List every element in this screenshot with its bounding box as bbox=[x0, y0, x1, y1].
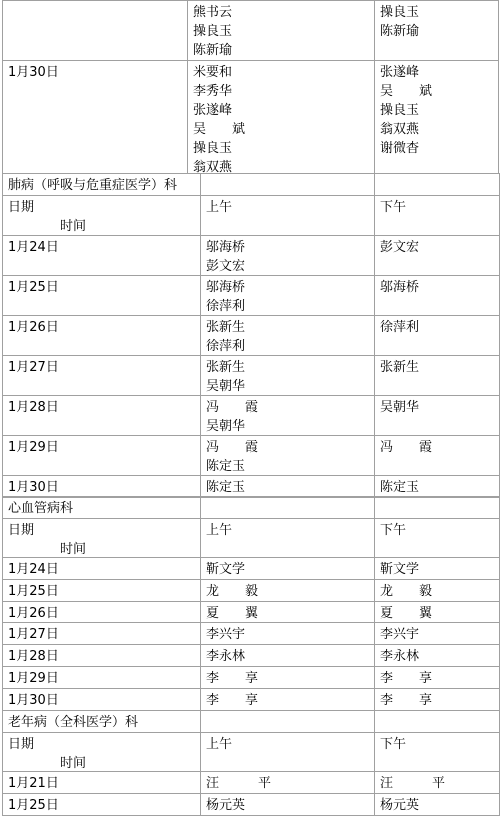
doctor-name: 彭文宏 bbox=[206, 257, 370, 276]
am-cell: 熊书云操良玉陈新瑜 bbox=[187, 0, 375, 61]
doctor-name: 李 享 bbox=[206, 691, 370, 710]
date-text: 1月28日 bbox=[8, 398, 196, 417]
pm-cell: 彭文宏 bbox=[374, 235, 500, 276]
doctor-name: 操良玉 bbox=[380, 101, 494, 120]
date-cell: 1月28日 bbox=[2, 395, 201, 436]
am-cell: 汪 平 bbox=[200, 771, 375, 794]
am-cell: 米要和李秀华张遂峰吴 斌操良玉翁双燕 bbox=[187, 60, 375, 174]
section-title-row: 心血管病科 bbox=[0, 496, 502, 519]
doctor-name: 汪 平 bbox=[380, 774, 495, 793]
date-text: 1月25日 bbox=[8, 582, 196, 601]
am-label: 上午 bbox=[206, 521, 370, 540]
doctor-name: 杨元英 bbox=[206, 796, 370, 815]
doctor-name: 冯 霞 bbox=[206, 438, 370, 457]
doctor-name: 张新生 bbox=[206, 358, 370, 377]
date-text: 1月30日 bbox=[8, 478, 196, 497]
doctor-name: 熊书云 bbox=[193, 3, 370, 22]
date-text: 1月26日 bbox=[8, 318, 196, 337]
date-cell: 1月30日 bbox=[2, 475, 201, 498]
pm-cell: 汪 平 bbox=[374, 771, 500, 794]
header-pm: 下午 bbox=[374, 195, 500, 236]
doctor-name: 冯 霞 bbox=[206, 398, 370, 417]
pm-cell: 李永林 bbox=[374, 644, 500, 667]
doctor-name: 徐萍利 bbox=[206, 337, 370, 356]
doctor-name: 陈定玉 bbox=[206, 478, 370, 497]
header-pm: 下午 bbox=[374, 732, 500, 772]
date-cell: 1月21日 bbox=[2, 771, 201, 794]
time-label: 时间 bbox=[8, 217, 196, 236]
doctor-name: 操良玉 bbox=[193, 22, 370, 41]
header-date-time: 日期时间 bbox=[2, 518, 201, 558]
table-row: 1月21日汪 平汪 平 bbox=[0, 771, 502, 794]
doctor-name: 龙 毅 bbox=[380, 582, 495, 601]
table-row: 1月25日龙 毅龙 毅 bbox=[0, 579, 502, 602]
doctor-name: 夏 翼 bbox=[206, 604, 370, 623]
header-row: 日期时间上午下午 bbox=[0, 518, 502, 558]
date-text: 1月30日 bbox=[8, 691, 196, 710]
date-text: 1月24日 bbox=[8, 238, 196, 257]
pm-label: 下午 bbox=[380, 198, 495, 217]
date-text: 1月24日 bbox=[8, 560, 196, 579]
doctor-name: 汪 平 bbox=[206, 774, 370, 793]
am-cell: 李 享 bbox=[200, 666, 375, 689]
doctor-name: 靳文学 bbox=[206, 560, 370, 579]
department-name: 肺病（呼吸与危重症医学）科 bbox=[8, 176, 196, 195]
header-date-time: 日期时间 bbox=[2, 732, 201, 772]
date-text: 1月25日 bbox=[8, 278, 196, 297]
doctor-name: 靳文学 bbox=[380, 560, 495, 579]
department-title: 心血管病科 bbox=[2, 496, 201, 519]
doctor-name: 操良玉 bbox=[193, 139, 370, 158]
pm-cell: 张遂峰吴 斌操良玉翁双燕谢微杳 bbox=[374, 60, 499, 174]
doctor-name: 张新生 bbox=[380, 358, 495, 377]
department-title: 肺病（呼吸与危重症医学）科 bbox=[2, 173, 201, 196]
doctor-name: 李 享 bbox=[206, 669, 370, 688]
department-name: 心血管病科 bbox=[8, 499, 196, 518]
am-cell: 邬海桥彭文宏 bbox=[200, 235, 375, 276]
doctor-name: 吴 斌 bbox=[193, 120, 370, 139]
header-am: 上午 bbox=[200, 195, 375, 236]
empty-cell bbox=[374, 173, 500, 196]
date-cell: 1月30日 bbox=[2, 688, 201, 711]
date-cell: 1月27日 bbox=[2, 355, 201, 396]
header-am: 上午 bbox=[200, 518, 375, 558]
date-text: 1月28日 bbox=[8, 647, 196, 666]
pm-cell: 徐萍利 bbox=[374, 315, 500, 356]
table-row: 1月28日冯 霞吴朝华吴朝华 bbox=[0, 395, 502, 436]
am-cell: 陈定玉 bbox=[200, 475, 375, 498]
date-label: 日期 bbox=[8, 521, 196, 540]
doctor-name: 李兴宇 bbox=[206, 625, 370, 644]
table-row: 1月29日冯 霞陈定玉冯 霞 bbox=[0, 435, 502, 476]
section-title-row: 老年病（全科医学）科 bbox=[0, 710, 502, 733]
doctor-name: 谢微杳 bbox=[380, 139, 494, 158]
date-cell: 1月27日 bbox=[2, 622, 201, 645]
empty-cell bbox=[374, 496, 500, 519]
am-cell: 杨元英 bbox=[200, 793, 375, 816]
date-cell: 1月29日 bbox=[2, 666, 201, 689]
table-row: 1月24日靳文学靳文学 bbox=[0, 557, 502, 580]
doctor-name: 吴朝华 bbox=[206, 377, 370, 396]
doctor-name: 张遂峰 bbox=[380, 63, 494, 82]
am-cell: 张新生吴朝华 bbox=[200, 355, 375, 396]
date-text bbox=[8, 3, 183, 22]
date-text: 1月26日 bbox=[8, 604, 196, 623]
pm-cell: 操良玉陈新瑜 bbox=[374, 0, 499, 61]
doctor-name: 李 享 bbox=[380, 669, 495, 688]
date-label: 日期 bbox=[8, 735, 196, 754]
table-row: 1月29日李 享李 享 bbox=[0, 666, 502, 689]
table-row: 1月26日夏 翼夏 翼 bbox=[0, 601, 502, 623]
doctor-name: 翁双燕 bbox=[380, 120, 494, 139]
table-row: 1月25日杨元英杨元英 bbox=[0, 793, 502, 816]
table-row: 1月25日邬海桥徐萍利邬海桥 bbox=[0, 275, 502, 316]
pm-cell: 邬海桥 bbox=[374, 275, 500, 316]
header-row: 日期时间上午下午 bbox=[0, 195, 502, 236]
date-cell bbox=[2, 0, 188, 61]
doctor-name: 李永林 bbox=[206, 647, 370, 666]
doctor-name: 陈新瑜 bbox=[193, 41, 370, 60]
doctor-name: 冯 霞 bbox=[380, 438, 495, 457]
date-cell: 1月25日 bbox=[2, 793, 201, 816]
table-row: 1月28日李永林李永林 bbox=[0, 644, 502, 667]
empty-cell bbox=[200, 496, 375, 519]
table-row: 1月27日张新生吴朝华张新生 bbox=[0, 355, 502, 396]
date-cell: 1月28日 bbox=[2, 644, 201, 667]
pm-label: 下午 bbox=[380, 521, 495, 540]
pm-cell: 吴朝华 bbox=[374, 395, 500, 436]
pm-cell: 夏 翼 bbox=[374, 601, 500, 623]
pm-cell: 靳文学 bbox=[374, 557, 500, 580]
doctor-name: 李永林 bbox=[380, 647, 495, 666]
pm-cell: 李 享 bbox=[374, 666, 500, 689]
am-cell: 李兴宇 bbox=[200, 622, 375, 645]
table-row: 1月30日米要和李秀华张遂峰吴 斌操良玉翁双燕张遂峰吴 斌操良玉翁双燕谢微杳 bbox=[0, 60, 502, 174]
am-cell: 李 享 bbox=[200, 688, 375, 711]
pm-label: 下午 bbox=[380, 735, 495, 754]
pm-cell: 冯 霞 bbox=[374, 435, 500, 476]
doctor-name: 李兴宇 bbox=[380, 625, 495, 644]
doctor-name: 龙 毅 bbox=[206, 582, 370, 601]
department-title: 老年病（全科医学）科 bbox=[2, 710, 201, 733]
department-name: 老年病（全科医学）科 bbox=[8, 713, 196, 732]
table-row: 1月27日李兴宇李兴宇 bbox=[0, 622, 502, 645]
doctor-name: 陈定玉 bbox=[380, 478, 495, 497]
section-title-row: 肺病（呼吸与危重症医学）科 bbox=[0, 173, 502, 196]
date-cell: 1月30日 bbox=[2, 60, 188, 174]
am-cell: 龙 毅 bbox=[200, 579, 375, 602]
pm-cell: 龙 毅 bbox=[374, 579, 500, 602]
am-cell: 李永林 bbox=[200, 644, 375, 667]
table-row: 熊书云操良玉陈新瑜操良玉陈新瑜 bbox=[0, 0, 502, 61]
doctor-name: 米要和 bbox=[193, 63, 370, 82]
date-label: 日期 bbox=[8, 198, 196, 217]
am-cell: 夏 翼 bbox=[200, 601, 375, 623]
doctor-name: 彭文宏 bbox=[380, 238, 495, 257]
empty-cell bbox=[200, 173, 375, 196]
header-pm: 下午 bbox=[374, 518, 500, 558]
date-text: 1月27日 bbox=[8, 625, 196, 644]
table-row: 1月30日李 享李 享 bbox=[0, 688, 502, 711]
doctor-name: 夏 翼 bbox=[380, 604, 495, 623]
doctor-name: 邬海桥 bbox=[380, 278, 495, 297]
header-am: 上午 bbox=[200, 732, 375, 772]
am-label: 上午 bbox=[206, 735, 370, 754]
am-cell: 冯 霞陈定玉 bbox=[200, 435, 375, 476]
date-text: 1月21日 bbox=[8, 774, 196, 793]
date-text: 1月27日 bbox=[8, 358, 196, 377]
doctor-name: 张遂峰 bbox=[193, 101, 370, 120]
am-cell: 张新生徐萍利 bbox=[200, 315, 375, 356]
doctor-name: 邬海桥 bbox=[206, 238, 370, 257]
doctor-name: 吴朝华 bbox=[380, 398, 495, 417]
table-row: 1月30日陈定玉陈定玉 bbox=[0, 475, 502, 498]
pm-cell: 张新生 bbox=[374, 355, 500, 396]
header-row: 日期时间上午下午 bbox=[0, 732, 502, 772]
date-cell: 1月25日 bbox=[2, 579, 201, 602]
date-text: 1月29日 bbox=[8, 438, 196, 457]
doctor-name: 邬海桥 bbox=[206, 278, 370, 297]
doctor-name: 吴 斌 bbox=[380, 82, 494, 101]
table-row: 1月26日张新生徐萍利徐萍利 bbox=[0, 315, 502, 356]
pm-cell: 杨元英 bbox=[374, 793, 500, 816]
doctor-name: 陈新瑜 bbox=[380, 22, 494, 41]
doctor-name: 李秀华 bbox=[193, 82, 370, 101]
doctor-name: 陈定玉 bbox=[206, 457, 370, 476]
doctor-name: 张新生 bbox=[206, 318, 370, 337]
header-date-time: 日期时间 bbox=[2, 195, 201, 236]
am-label: 上午 bbox=[206, 198, 370, 217]
date-cell: 1月24日 bbox=[2, 235, 201, 276]
date-text: 1月25日 bbox=[8, 796, 196, 815]
date-text: 1月30日 bbox=[8, 63, 183, 82]
date-cell: 1月24日 bbox=[2, 557, 201, 580]
doctor-name: 杨元英 bbox=[380, 796, 495, 815]
doctor-name: 徐萍利 bbox=[380, 318, 495, 337]
am-cell: 靳文学 bbox=[200, 557, 375, 580]
doctor-name: 吴朝华 bbox=[206, 417, 370, 436]
table-row: 1月24日邬海桥彭文宏彭文宏 bbox=[0, 235, 502, 276]
doctor-name: 操良玉 bbox=[380, 3, 494, 22]
date-cell: 1月25日 bbox=[2, 275, 201, 316]
am-cell: 冯 霞吴朝华 bbox=[200, 395, 375, 436]
doctor-name: 徐萍利 bbox=[206, 297, 370, 316]
empty-cell bbox=[374, 710, 500, 733]
date-text: 1月29日 bbox=[8, 669, 196, 688]
pm-cell: 陈定玉 bbox=[374, 475, 500, 498]
am-cell: 邬海桥徐萍利 bbox=[200, 275, 375, 316]
pm-cell: 李兴宇 bbox=[374, 622, 500, 645]
date-cell: 1月26日 bbox=[2, 315, 201, 356]
pm-cell: 李 享 bbox=[374, 688, 500, 711]
date-cell: 1月26日 bbox=[2, 601, 201, 623]
date-cell: 1月29日 bbox=[2, 435, 201, 476]
doctor-name: 李 享 bbox=[380, 691, 495, 710]
empty-cell bbox=[200, 710, 375, 733]
